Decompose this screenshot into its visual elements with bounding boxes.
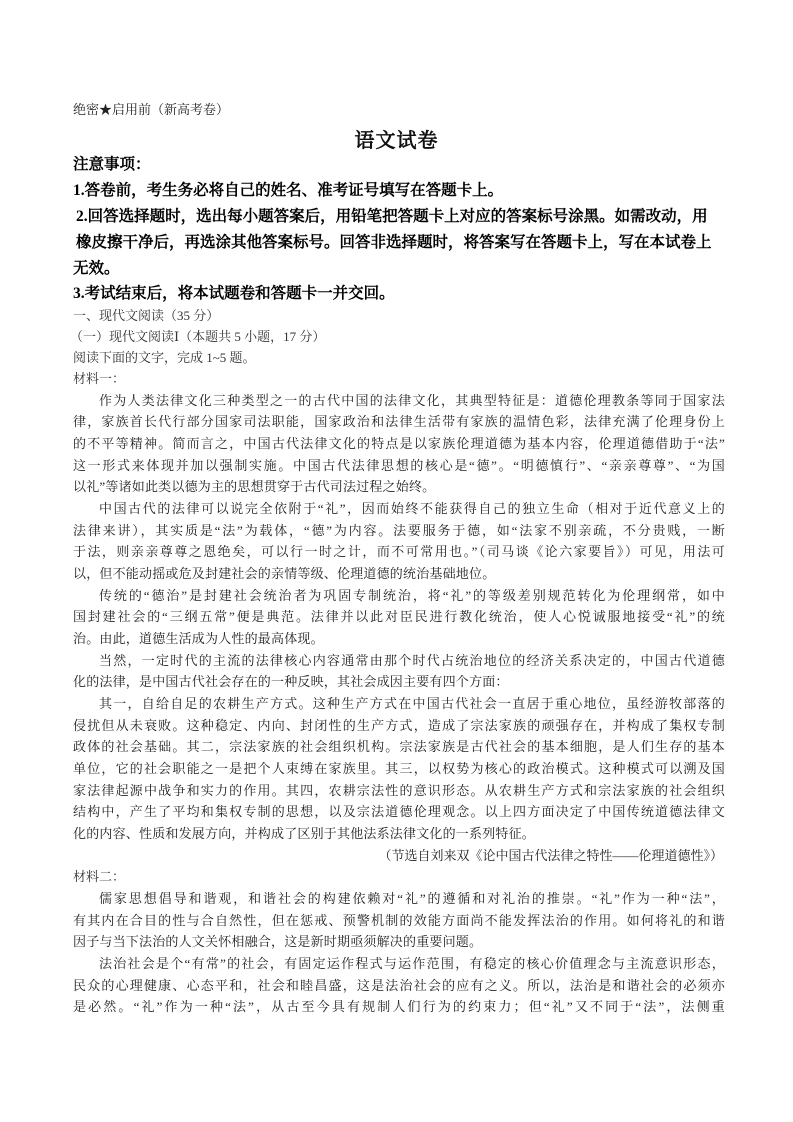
material1-line: 以，但不能动摇或危及封建社会的亲情等级、伦理道德的统治基础地位。	[73, 563, 725, 582]
material1-line: 于法，则亲亲尊尊之恩绝矣，可以行一时之计，而不可常用也。”（司马谈《论六家要旨》…	[73, 541, 725, 560]
material2-line: 有其内在合目的性与合自然性，但在惩戒、预警机制的效能方面尚不能发挥法治的作用。如…	[73, 910, 725, 929]
material1-line: 单位，它的社会职能之一是把个人束缚在家族里。其三，以权势为核心的政治模式。这种模…	[73, 758, 725, 777]
material1-line: 侵扰但从未衰败。这种稳定、内向、封闭性的生产方式，造成了宗法家族的顽强存在，并构…	[73, 715, 725, 734]
material1-line: 传统的“德治”是封建社会统治者为巩固专制统治，将“礼”的等级差别规范转化为伦理纲…	[99, 585, 725, 604]
notice-item-3: 3.考试结束后，将本试题卷和答题卡一并交回。	[73, 281, 395, 303]
material1-line: 律，家族首长代行部分国家司法职能，国家政治和法律生活带有家族的温情色彩，法律充满…	[73, 411, 725, 430]
material1-citation: （节选自刘来双《论中国古代法律之特性——伦理道德性》）	[378, 845, 723, 864]
notice-item-1: 1.答卷前，考生务必将自己的姓名、准考证号填写在答题卡上。	[73, 178, 503, 200]
notice-item-2-end: 无效。	[73, 256, 120, 278]
material1-label: 材料一：	[73, 368, 125, 387]
material1-line: 当然，一定时代的主流的法律核心内容通常由那个时代占统治地位的经济关系决定的，中国…	[99, 650, 725, 669]
material1-line: 结构中，产生了平均和集权专制的思想，以及宗法道德伦理观念。以上四方面决定了中国传…	[73, 801, 725, 820]
material1-line: 化的内容、性质和发展方向，并构成了区别于其他法系法律文化的一系列特征。	[73, 823, 725, 842]
confidential-tag: 绝密★启用前（新高考卷）	[73, 99, 229, 118]
section-part1-sub: （一）现代文阅读Ⅰ（本题共 5 小题，17 分）	[70, 326, 325, 345]
notice-item-2: 2.回答选择题时，选出每小题答案后，用铅笔把答题卡上对应的答案标号涂黑。如需改动…	[76, 204, 708, 226]
reading-instruction: 阅读下面的文字，完成 1~5 题。	[73, 347, 256, 366]
material2-line: 儒家思想倡导和谐观，和谐社会的构建依赖对“礼”的遵循和对礼治的推崇。“礼”作为一…	[99, 888, 725, 907]
material2-line: 民众的心理健康、心态平和，社会和睦昌盛，这是法治社会的应有之义。所以，法治是和谐…	[73, 975, 725, 994]
material1-line: 家法律起源中战争和实力的作用。其四，农耕宗法性的意识形态。从农耕生产方式和宗法家…	[73, 780, 725, 799]
material1-line: 国封建社会的“三纲五常”便是典范。法律并以此对臣民进行教化统治，使人心悦诚服地接…	[73, 606, 725, 625]
material2-label: 材料二：	[73, 866, 125, 885]
material1-line: 其一，自给自足的农耕生产方式。这种生产方式在中国古代社会一直居于重心地位，虽经游…	[99, 693, 725, 712]
material1-line: 治。由此，道德生活成为人性的最高体现。	[73, 628, 725, 647]
page-title: 语文试卷	[0, 124, 793, 153]
material1-line: 的不平等精神。简而言之，中国古代法律文化的特点是以家族伦理道德为基本内容，伦理道…	[73, 433, 725, 452]
material1-line: 这一形式来体现并加以强制实施。中国古代法律思想的核心是“德”。“明德慎行”、“亲…	[73, 455, 725, 474]
material1-line: 中国古代的法律可以说完全依附于“礼”，因而始终不能获得自己的独立生命（相对于近代…	[99, 498, 725, 517]
notice-item-2-cont: 橡皮擦干净后，再选涂其他答案标号。回答非选择题时，将答案写在答题卡上，写在本试卷…	[76, 230, 712, 252]
exam-page: 绝密★启用前（新高考卷） 语文试卷 注意事项： 1.答卷前，考生务必将自己的姓名…	[0, 0, 793, 1122]
section-part1: 一、现代文阅读（35 分）	[73, 305, 219, 324]
material1-line: 化的法律，是中国古代社会存在的一种反映，其社会成因主要有四个方面：	[73, 671, 725, 690]
material1-line: 作为人类法律文化三种类型之一的古代中国的法律文化，其典型特征是：道德伦理教条等同…	[99, 390, 725, 409]
material1-line: 政体的社会基础。其二，宗法家族的社会组织机构。宗法家族是古代社会的基本细胞，是人…	[73, 736, 725, 755]
material1-line: 法律来讲），其实质是“法”为载体，“德”为内容。法要服务于德，如“法家不别亲疏，…	[73, 520, 725, 539]
material2-line: 法治社会是个“有常”的社会，有固定运作程式与运作范围，有稳定的核心价值理念与主流…	[99, 953, 725, 972]
material2-line: 是必然。“礼”作为一种“法”，从古至今具有规制人们行为的约束力；但“礼”又不同于…	[73, 996, 725, 1015]
material1-line: 以礼”等诸如此类以德为主的思想贯穿于古代司法过程之始终。	[73, 476, 725, 495]
material2-line: 因子与当下法治的人文关怀相融合，这是新时期亟须解决的重要问题。	[73, 931, 725, 950]
notice-heading: 注意事项：	[73, 152, 151, 174]
